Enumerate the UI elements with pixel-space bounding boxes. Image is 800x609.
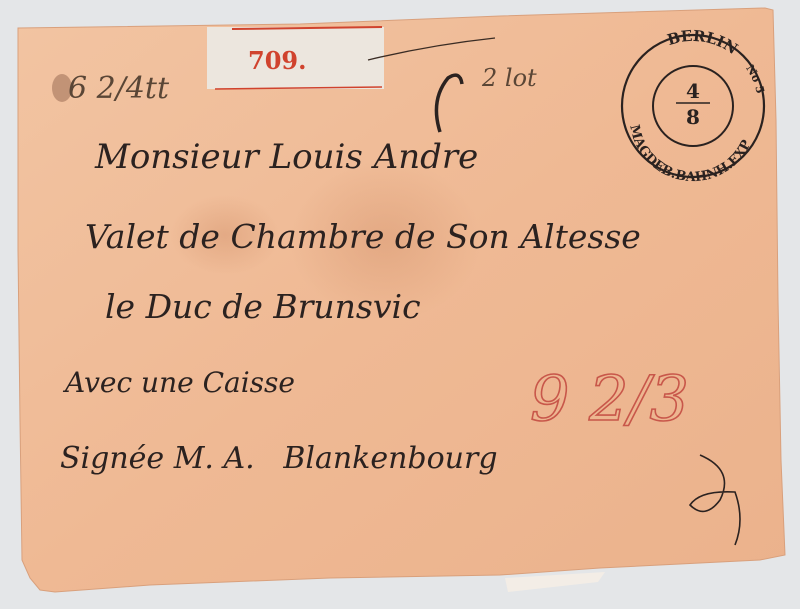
address-line-3: le Duc de Brunsvic: [105, 287, 421, 326]
pencil-note-top-center: 2 lot: [481, 64, 537, 92]
address-line-1: Monsieur Louis Andre: [94, 137, 478, 177]
red-rate-marking: 9 2/3: [530, 362, 689, 435]
torn-flap: [505, 572, 605, 592]
postmark-date-top: 4: [686, 79, 700, 103]
pencil-note-top-left: 6 2/4tt: [68, 71, 170, 106]
address-line-4: Avec une Caisse: [62, 366, 295, 399]
registration-number: 709.: [248, 46, 306, 75]
postmark-date-bottom: 8: [686, 105, 700, 129]
address-line-5: Signée M. A. Blankenbourg: [60, 441, 498, 476]
address-line-2: Valet de Chambre de Son Altesse: [85, 217, 641, 256]
registration-label: 709.: [207, 27, 384, 89]
envelope-photo: 709. 6 2/4tt 2 lot BERLIN No 5 MAGDEB.BA…: [0, 0, 800, 609]
